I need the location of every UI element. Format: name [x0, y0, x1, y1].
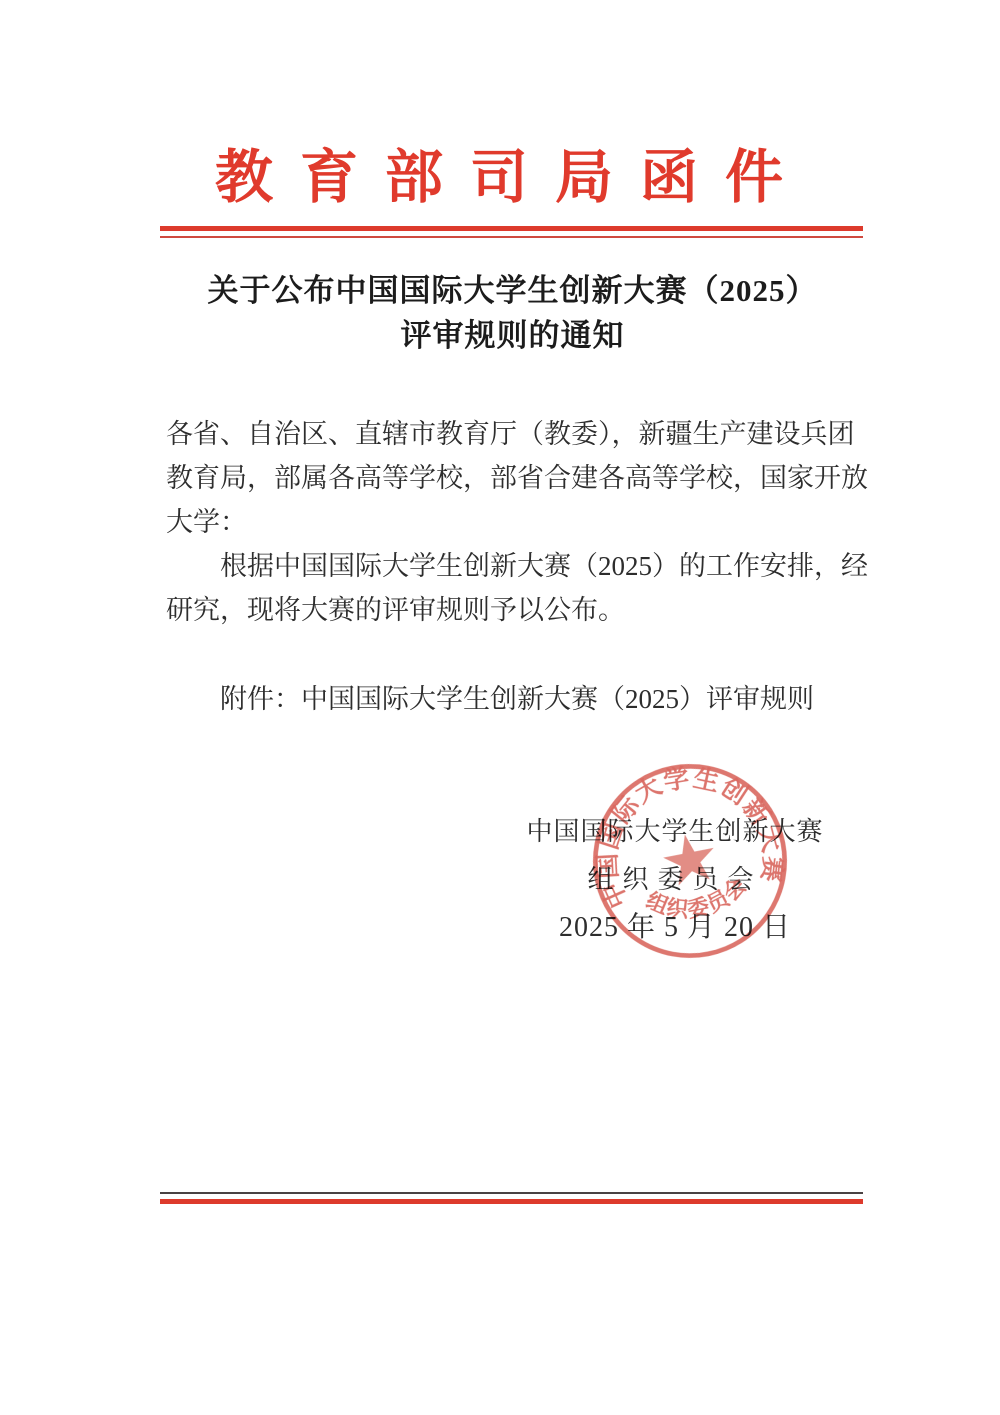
official-seal: 中国国际大学生创新大赛 组织委员会	[568, 739, 812, 983]
paragraph-line: 根据中国国际大学生创新大赛（2025）的工作安排，经	[166, 544, 876, 588]
document-title-line1: 关于公布中国国际大学生创新大赛（2025）	[145, 268, 880, 313]
official-seal-graphic: 中国国际大学生创新大赛 组织委员会	[568, 739, 812, 983]
seal-star-icon	[660, 830, 720, 888]
top-separator-thick	[160, 226, 863, 231]
bottom-separator-thin	[160, 1192, 863, 1194]
document-title-line2: 评审规则的通知	[145, 313, 880, 358]
document-page: 教育部司局函件 关于公布中国国际大学生创新大赛（2025） 评审规则的通知 各省…	[0, 0, 1000, 1415]
seal-bottom-text: 组织委员会	[639, 869, 756, 930]
svg-text:组织委员会: 组织委员会	[639, 869, 756, 930]
salutation-line: 教育局，部属各高等学校，部省合建各高等学校，国家开放	[166, 456, 876, 500]
attachment-line: 附件：中国国际大学生创新大赛（2025）评审规则	[166, 677, 876, 721]
seal-ring-text: 中国国际大学生创新大赛	[575, 747, 793, 921]
paragraph-line: 研究，现将大赛的评审规则予以公布。	[166, 588, 876, 632]
document-title: 关于公布中国国际大学生创新大赛（2025） 评审规则的通知	[145, 268, 880, 358]
bottom-separator-thick	[160, 1199, 863, 1204]
salutation-line: 各省、自治区、直辖市教育厅（教委），新疆生产建设兵团	[166, 412, 876, 456]
salutation-line: 大学：	[166, 500, 876, 544]
top-separator-thin	[160, 236, 863, 238]
document-body: 各省、自治区、直辖市教育厅（教委），新疆生产建设兵团 教育局，部属各高等学校，部…	[166, 412, 876, 721]
svg-text:中国国际大学生创新大赛: 中国国际大学生创新大赛	[575, 747, 793, 921]
letterhead-title: 教育部司局函件	[165, 146, 860, 210]
